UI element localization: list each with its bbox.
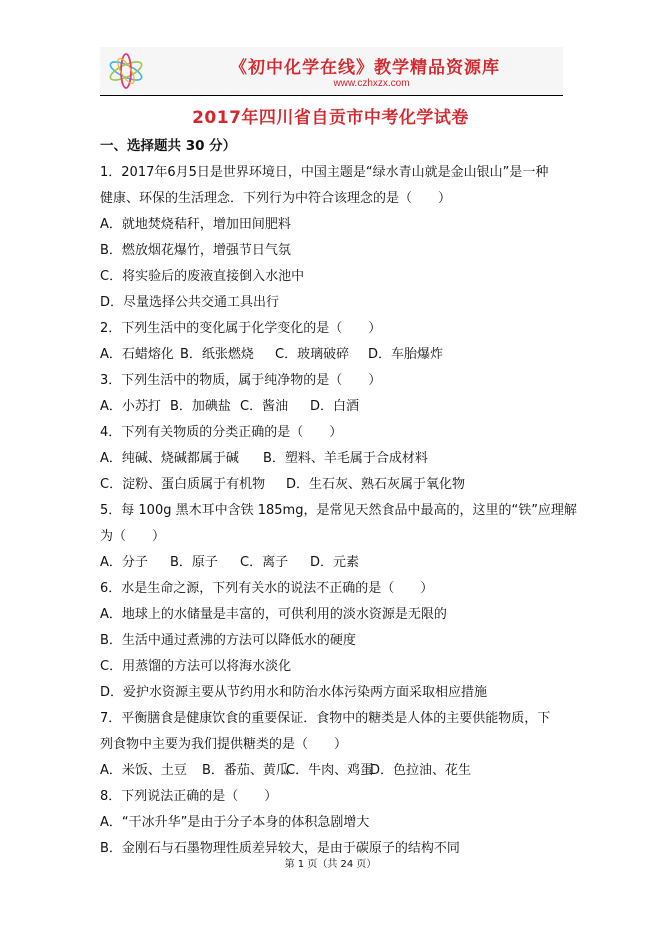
header-banner: 《初中化学在线》教学精品资源库 www.czhxzx.com — [100, 47, 563, 95]
option-d: D．尽量选择公共交通工具出行 — [100, 290, 570, 316]
question-stem: 为（ ） — [100, 524, 570, 550]
question-4: 4．下列有关物质的分类正确的是（ ） A．纯碱、烧碱都属于碱 B．塑料、羊毛属于… — [100, 420, 570, 498]
question-8: 8．下列说法正确的是（ ） A．“干冰升华”是由于分子本身的体积急剧增大 B．金… — [100, 784, 570, 862]
banner-title: 《初中化学在线》教学精品资源库 — [230, 53, 500, 78]
options-row: A．石蜡熔化 B．纸张燃烧 C．玻璃破碎 D．车胎爆炸 — [100, 342, 570, 368]
question-7: 7．平衡膳食是健康饮食的重要保证．食物中的糖类是人体的主要供能物质，下 列食物中… — [100, 706, 570, 784]
section-heading: 一、选择题共 30 分） — [100, 134, 236, 154]
option-a: A．地球上的水储量是丰富的，可供利用的淡水资源是无限的 — [100, 602, 570, 628]
question-list: 1．2017年6月5日是世界环境日，中国主题是“绿水青山就是金山银山”是一种 健… — [100, 160, 570, 862]
option-d: D．元素 — [310, 550, 359, 576]
option-d: D．车胎爆炸 — [368, 342, 443, 368]
options-row: A．米饭、土豆 B．番茄、黄瓜 C．牛肉、鸡蛋 D．色拉油、花生 — [100, 758, 570, 784]
option-b: B．塑料、羊毛属于合成材料 — [263, 446, 428, 472]
options-row: A．小苏打 B．加碘盐 C．酱油 D．白酒 — [100, 394, 570, 420]
question-stem: 4．下列有关物质的分类正确的是（ ） — [100, 420, 570, 446]
option-a: A．分子 — [100, 550, 170, 576]
question-2: 2．下列生活中的变化属于化学变化的是（ ） A．石蜡熔化 B．纸张燃烧 C．玻璃… — [100, 316, 570, 368]
question-stem: 列食物中主要为我们提供糖类的是（ ） — [100, 732, 570, 758]
options-row: A．纯碱、烧碱都属于碱 B．塑料、羊毛属于合成材料 — [100, 446, 570, 472]
question-3: 3．下列生活中的物质，属于纯净物的是（ ） A．小苏打 B．加碘盐 C．酱油 D… — [100, 368, 570, 420]
question-stem: 6．水是生命之源，下列有关水的说法不正确的是（ ） — [100, 576, 570, 602]
question-stem: 5．每 100g 黑木耳中含铁 185mg，是常见天然食品中最高的，这里的“铁”… — [100, 498, 570, 524]
option-b: B．加碘盐 — [170, 394, 240, 420]
option-d: D．白酒 — [310, 394, 359, 420]
option-c: C．将实验后的废液直接倒入水池中 — [100, 264, 570, 290]
option-c: C．酱油 — [240, 394, 310, 420]
document-page: 《初中化学在线》教学精品资源库 www.czhxzx.com 2017年四川省自… — [0, 0, 661, 935]
question-1: 1．2017年6月5日是世界环境日，中国主题是“绿水青山就是金山银山”是一种 健… — [100, 160, 570, 316]
option-c: C．玻璃破碎 — [275, 342, 368, 368]
option-b: B．燃放烟花爆竹，增强节日气氛 — [100, 238, 570, 264]
question-stem: 健康、环保的生活理念．下列行为中符合该理念的是（ ） — [100, 186, 570, 212]
question-stem: 8．下列说法正确的是（ ） — [100, 784, 570, 810]
option-b: B．纸张燃烧 — [180, 342, 275, 368]
option-d: D．爱护水资源主要从节约用水和防治水体污染两方面采取相应措施 — [100, 680, 570, 706]
option-a: A．就地焚烧秸秆，增加田间肥料 — [100, 212, 570, 238]
option-a: A．纯碱、烧碱都属于碱 — [100, 446, 263, 472]
option-d: D．生石灰、熟石灰属于氧化物 — [286, 472, 465, 498]
header-divider — [100, 95, 563, 96]
option-b: B．生活中通过煮沸的方法可以降低水的硬度 — [100, 628, 570, 654]
options-row: C．淀粉、蛋白质属于有机物 D．生石灰、熟石灰属于氧化物 — [100, 472, 570, 498]
option-b: B．番茄、黄瓜 — [202, 758, 286, 784]
question-stem: 1．2017年6月5日是世界环境日，中国主题是“绿水青山就是金山银山”是一种 — [100, 160, 570, 186]
document-title: 2017年四川省自贡市中考化学试卷 — [0, 103, 661, 128]
question-6: 6．水是生命之源，下列有关水的说法不正确的是（ ） A．地球上的水储量是丰富的，… — [100, 576, 570, 706]
option-c: C．用蒸馏的方法可以将海水淡化 — [100, 654, 570, 680]
option-d: D．色拉油、花生 — [370, 758, 471, 784]
option-a: A．小苏打 — [100, 394, 170, 420]
option-c: C．淀粉、蛋白质属于有机物 — [100, 472, 286, 498]
question-stem: 3．下列生活中的物质，属于纯净物的是（ ） — [100, 368, 570, 394]
option-c: C．牛肉、鸡蛋 — [286, 758, 370, 784]
option-c: C．离子 — [240, 550, 310, 576]
question-5: 5．每 100g 黑木耳中含铁 185mg，是常见天然食品中最高的，这里的“铁”… — [100, 498, 570, 576]
page-number: 第 1 页（共 24 页） — [0, 855, 661, 870]
question-stem: 7．平衡膳食是健康饮食的重要保证．食物中的糖类是人体的主要供能物质，下 — [100, 706, 570, 732]
options-row: A．分子 B．原子 C．离子 D．元素 — [100, 550, 570, 576]
option-a: A．“干冰升华”是由于分子本身的体积急剧增大 — [100, 810, 570, 836]
option-a: A．米饭、土豆 — [100, 758, 202, 784]
question-stem: 2．下列生活中的变化属于化学变化的是（ ） — [100, 316, 570, 342]
option-a: A．石蜡熔化 — [100, 342, 180, 368]
option-b: B．原子 — [170, 550, 240, 576]
banner-url: www.czhxzx.com — [100, 78, 563, 89]
